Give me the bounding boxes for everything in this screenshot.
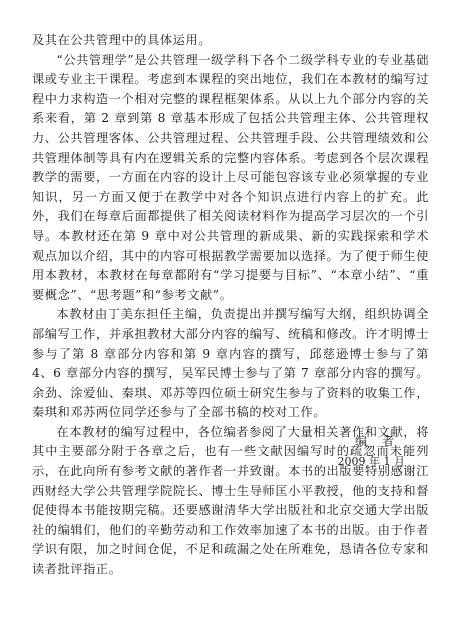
signature-author: 编者 (32, 432, 429, 452)
signature-author-char-2: 者 (382, 434, 395, 448)
signature-author-char-1: 编 (355, 434, 368, 448)
document-page: 及其在公共管理中的具体运用。 “公共管理学”是公共管理一级学科下各个二级学科专业… (32, 31, 429, 580)
paragraph-authors: 本教材由丁美东担任主编，负责提出并撰写编写大纲，组织协调全部编写工作，并承担教材… (32, 305, 429, 423)
signature-date: 2009 年 1 月 (32, 452, 429, 472)
paragraph-continuation: 及其在公共管理中的具体运用。 (32, 31, 429, 51)
paragraph-course-overview: “公共管理学”是公共管理一级学科下各个二级学科专业的专业基础课或专业主干课程。考… (32, 51, 429, 306)
